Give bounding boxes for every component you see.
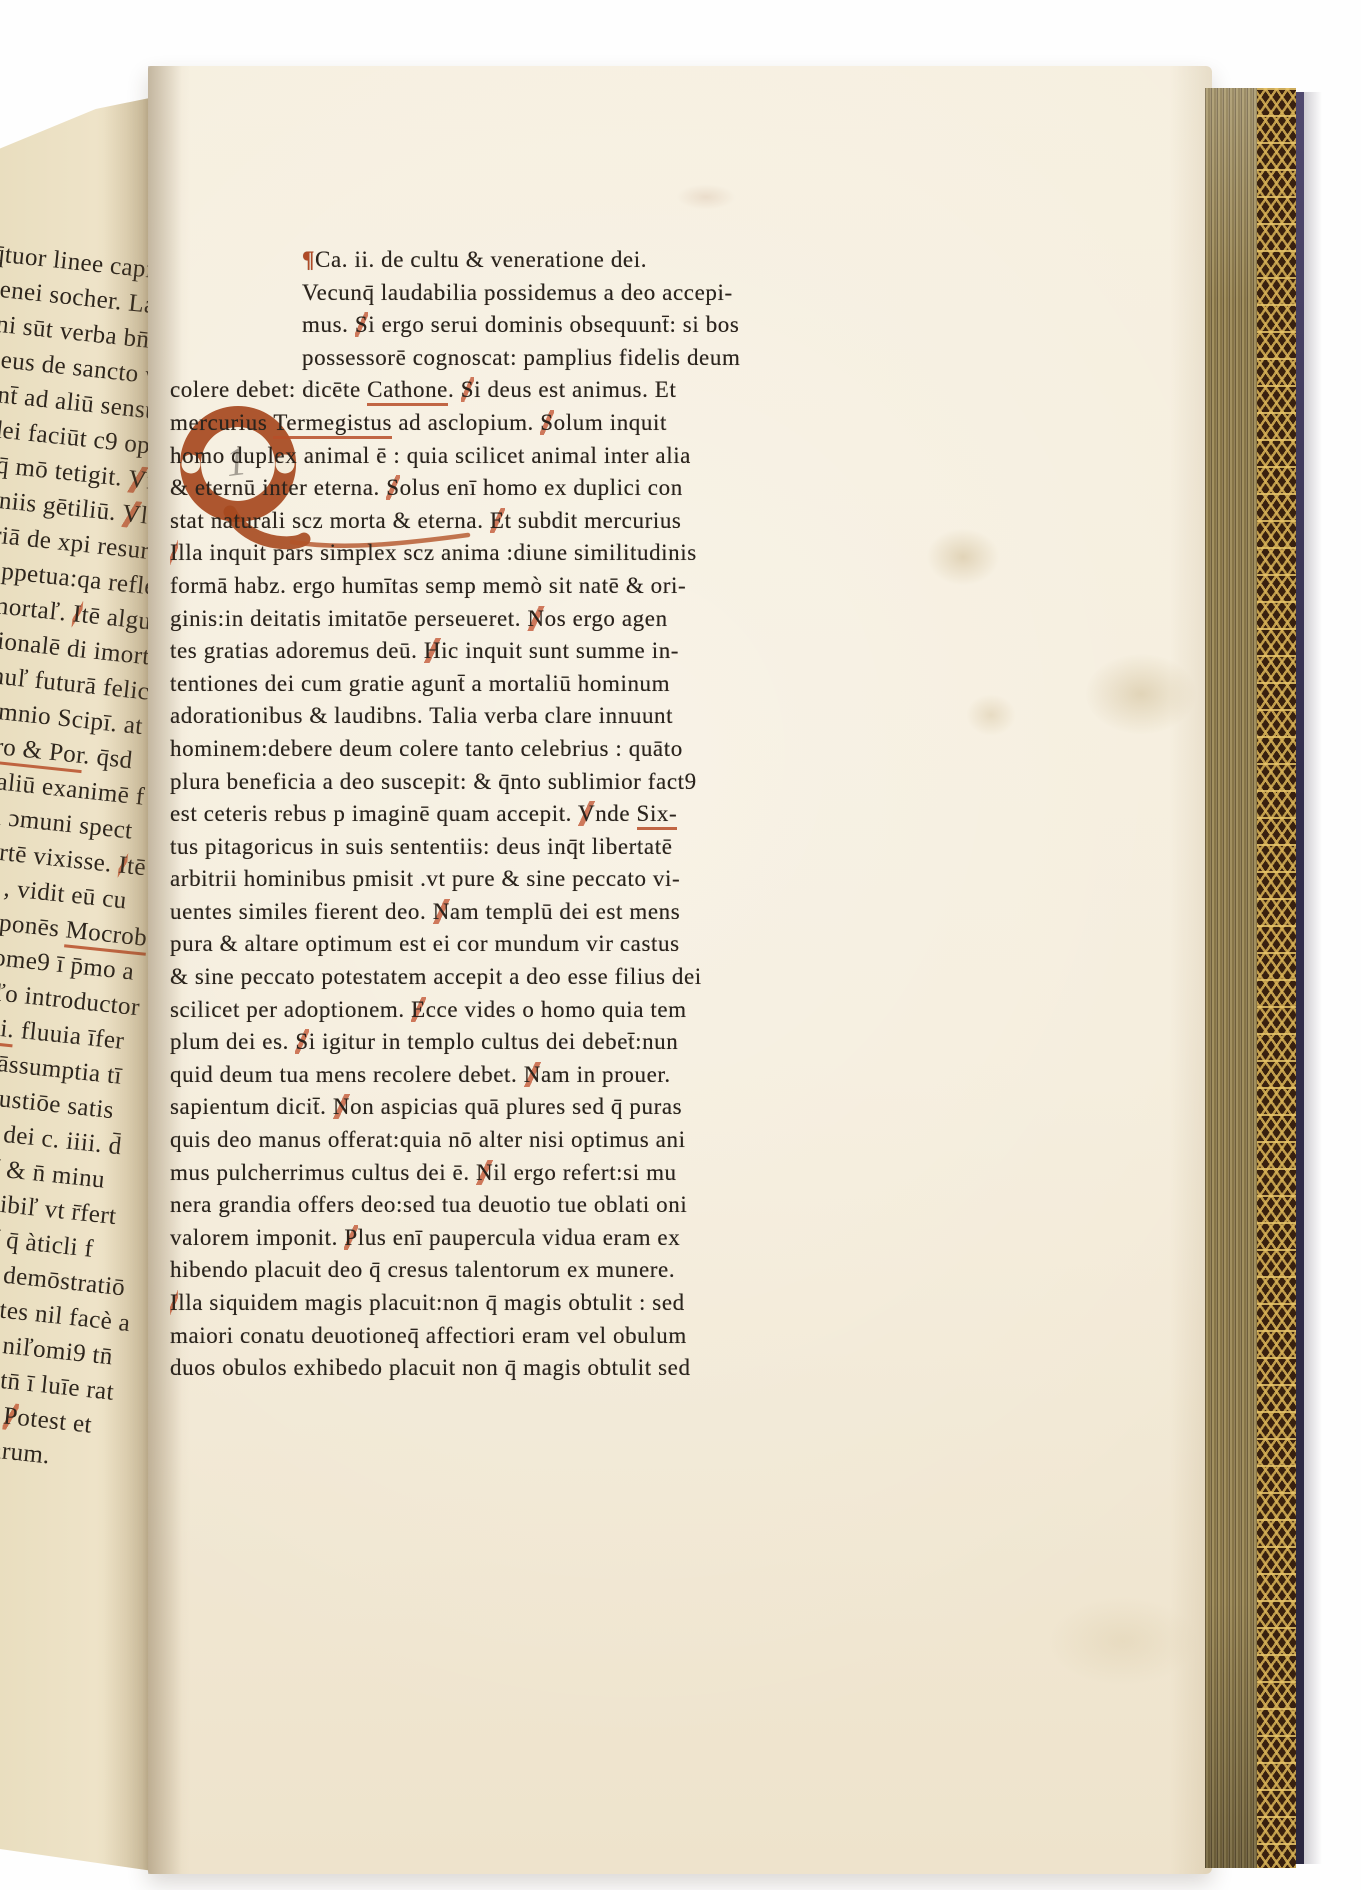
rubricated-capital: N — [476, 1160, 493, 1185]
text-segment: lus enī paupercula vidua eram ex — [358, 1225, 681, 1250]
text-line: ginis:in deitatis imitatōe perseueret. N… — [170, 603, 778, 636]
text-line: mus. Si ergo serui dominis obsequunt̄: s… — [302, 309, 778, 342]
text-line: arbitrii hominibus pmisit .vt pure & sin… — [170, 863, 778, 896]
text-segment: olus enī homo ex duplici con — [400, 475, 683, 500]
text-segment: tentiones dei cum gratie agunt̄ a mortal… — [170, 671, 670, 696]
rubricated-capital: H — [424, 638, 441, 663]
text-line: uentes similes fierent deo. Nam templū d… — [170, 896, 778, 929]
rubricated-capital: N — [433, 899, 450, 924]
text-segment: ic inquit sunt summe in- — [441, 638, 679, 663]
page-stain — [926, 528, 1000, 586]
text-segment: olum inquit — [554, 410, 667, 435]
text-segment: quid deum tua mens recolere debet. — [170, 1062, 524, 1087]
rubricated-capital: V — [578, 801, 595, 826]
text-line: duos obulos exhibedo placuit non q̄ magi… — [170, 1352, 778, 1385]
text-segment: duos obulos exhibedo placuit non q̄ magi… — [170, 1355, 691, 1380]
text-segment: est ceteris rebus p imaginē quam accepit… — [170, 801, 578, 826]
text-segment: plum dei es. — [170, 1029, 295, 1054]
text-segment: stat naturali scz morta & eterna. — [170, 508, 490, 533]
rubricated-capital: N — [524, 1062, 541, 1087]
text-segment: colere debet: dicēte — [170, 377, 367, 402]
text-segment: Ca. ii. de cultu & veneratione dei. — [315, 247, 647, 272]
text-segment: on aspicias quā plures sed q̄ puras — [350, 1094, 682, 1119]
text-line: & eternū inter eterna. Solus enī homo ex… — [170, 472, 778, 505]
text-segment: am templū dei est mens — [450, 899, 680, 924]
text-segment: i igitur in templo cultus dei debet̄:nun — [309, 1029, 679, 1054]
text-segment: lla inquit pars simplex scz anima :diune… — [178, 540, 697, 565]
text-segment: hibendo placuit deo q̄ cresus talentorum… — [170, 1257, 675, 1282]
text-line: nera grandia offers deo:sed tua deuotio … — [170, 1189, 778, 1222]
text-line: tentiones dei cum gratie agunt̄ a mortal… — [170, 668, 778, 701]
text-segment: plura beneficia a deo suscepit: & q̄nto … — [170, 769, 697, 794]
rubricated-capital: S — [355, 312, 368, 337]
text-line: plum dei es. Si igitur in templo cultus … — [170, 1026, 778, 1059]
page-stain — [676, 184, 736, 210]
text-segment: t subdit mercurius — [505, 508, 682, 533]
text-line: tus pitagoricus in suis sententiis: deus… — [170, 831, 778, 864]
text-line: formā habz. ergo humītas semp memò sit n… — [170, 570, 778, 603]
text-line: pura & altare optimum est ei cor mundum … — [170, 928, 778, 961]
text-segment: maiori conatu deuotioneq̄ affectiori era… — [170, 1323, 687, 1348]
text-segment: & sine peccato potestatem accepit a deo … — [170, 964, 702, 989]
text-line: adorationibus & laudibns. Talia verba cl… — [170, 700, 778, 733]
text-line: stat naturali scz morta & eterna. Et sub… — [170, 505, 778, 538]
gilt-fore-edge — [1205, 88, 1257, 1868]
rubricated-capital: S — [295, 1029, 308, 1054]
text-line: Illa siquidem magis placuit:non q̄ magis… — [170, 1287, 778, 1320]
text-segment: i deus est animus. Et — [474, 377, 676, 402]
text-segment: nde — [595, 801, 636, 826]
text-segment: uentes similes fierent deo. — [170, 899, 433, 924]
rubricated-capital: E — [490, 508, 505, 533]
page-stain — [1086, 654, 1196, 734]
rubricated-capital: S — [386, 475, 399, 500]
rubricated-capital: P — [344, 1225, 357, 1250]
text-segment: otest et — [16, 1404, 93, 1439]
text-segment: nera grandia offers deo:sed tua deuotio … — [170, 1192, 687, 1217]
text-line: Vecunq̄ laudabilia possidemus a deo acce… — [302, 277, 778, 310]
text-line: quis deo manus offerat:quia nō alter nis… — [170, 1124, 778, 1157]
text-segment: Vecunq̄ laudabilia possidemus a deo acce… — [302, 280, 733, 305]
red-pilcrow: ¶ — [302, 247, 315, 272]
text-segment: homo duplex animal ē : quia scilicet ani… — [170, 443, 691, 468]
rubricated-capital: S — [540, 410, 553, 435]
text-line: valorem imponit. Plus enī paupercula vid… — [170, 1222, 778, 1255]
text-line: scilicet per adoptionem. Ecce vides o ho… — [170, 994, 778, 1027]
book-photograph: q̄tuor linee capitalescenei socher. Lati… — [0, 0, 1361, 1890]
text-segment: sapientum dicit̄. — [170, 1094, 333, 1119]
text-segment: os ergo agen — [545, 606, 668, 631]
page-stain — [1048, 1596, 1198, 1686]
text-segment: i ergo serui dominis obsequunt̄: si bos — [368, 312, 739, 337]
text-line: homo duplex animal ē : quia scilicet ani… — [170, 440, 778, 473]
text-line: maiori conatu deuotioneq̄ affectiori era… — [170, 1320, 778, 1353]
text-line: est ceteris rebus p imaginē quam accepit… — [170, 798, 778, 831]
chapter-text-block: ¶Ca. ii. de cultu & veneratione dei.Vecu… — [170, 244, 778, 1385]
text-segment: cce vides o homo quia tem — [426, 997, 687, 1022]
text-segment: mus. — [302, 312, 355, 337]
text-line: possessorē cognoscat: pamplius fidelis d… — [302, 342, 778, 375]
text-segment: . — [448, 377, 461, 402]
text-line: colere debet: dicēte Cathone. Si deus es… — [170, 374, 778, 407]
edge-shadow — [1304, 92, 1322, 1864]
rubricated-capital: S — [461, 377, 474, 402]
text-line: hibendo placuit deo q̄ cresus talentorum… — [170, 1254, 778, 1287]
text-line: mercurius Termegistus ad asclopium. Solu… — [170, 407, 778, 440]
red-underlined-text: Termegistus — [273, 410, 392, 439]
spine-edge-line — [1296, 92, 1304, 1864]
text-line: & sine peccato potestatem accepit a deo … — [170, 961, 778, 994]
page-stain — [966, 694, 1016, 736]
rubricated-capital: N — [527, 606, 544, 631]
text-segment: pura & altare optimum est ei cor mundum … — [170, 931, 680, 956]
text-segment: tes gratias adoremus deū. — [170, 638, 424, 663]
text-segment: possessorē cognoscat: pamplius fidelis d… — [302, 345, 740, 370]
text-line: Illa inquit pars simplex scz anima :diun… — [170, 537, 778, 570]
text-segment: tus pitagoricus in suis sententiis: deus… — [170, 834, 673, 859]
text-segment: ad asclopium. — [392, 410, 540, 435]
text-segment: il ergo refert:si mu — [493, 1160, 676, 1185]
text-segment: am in prouer. — [541, 1062, 671, 1087]
text-line: mus pulcherrimus cultus dei ē. Nil ergo … — [170, 1157, 778, 1190]
text-line: sapientum dicit̄. Non aspicias quā plure… — [170, 1091, 778, 1124]
tooled-leather-edge — [1257, 88, 1296, 1868]
text-segment: quis deo manus offerat:quia nō alter nis… — [170, 1127, 686, 1152]
text-segment: mercurius — [170, 410, 273, 435]
text-line: plura beneficia a deo suscepit: & q̄nto … — [170, 766, 778, 799]
text-segment: lla siquidem magis placuit:non q̄ magis … — [178, 1290, 684, 1315]
text-segment: adorationibus & laudibns. Talia verba cl… — [170, 703, 673, 728]
text-segment: arbitrii hominibus pmisit .vt pure & sin… — [170, 866, 680, 891]
rubricated-capital: N — [333, 1094, 350, 1119]
rubricated-capital: E — [411, 997, 426, 1022]
text-segment: valorem imponit. — [170, 1225, 344, 1250]
text-segment: hominem:debere deum colere tanto celebri… — [170, 736, 683, 761]
red-underlined-text: Cathone — [367, 377, 448, 406]
text-segment: & eternū inter eterna. — [170, 475, 386, 500]
text-line: ¶Ca. ii. de cultu & veneratione dei. — [302, 244, 778, 277]
red-underlined-text: Six- — [637, 801, 678, 830]
text-line: tes gratias adoremus deū. Hic inquit sun… — [170, 635, 778, 668]
main-page: 1 ¶Ca. ii. de cultu & veneratione dei.Ve… — [148, 66, 1212, 1874]
text-segment: mus pulcherrimus cultus dei ē. — [170, 1160, 476, 1185]
text-line: quid deum tua mens recolere debet. Nam i… — [170, 1059, 778, 1092]
text-segment: formā habz. ergo humītas semp memò sit n… — [170, 573, 686, 598]
text-segment: ginis:in deitatis imitatōe perseueret. — [170, 606, 527, 631]
text-line: hominem:debere deum colere tanto celebri… — [170, 733, 778, 766]
text-segment: scilicet per adoptionem. — [170, 997, 411, 1022]
